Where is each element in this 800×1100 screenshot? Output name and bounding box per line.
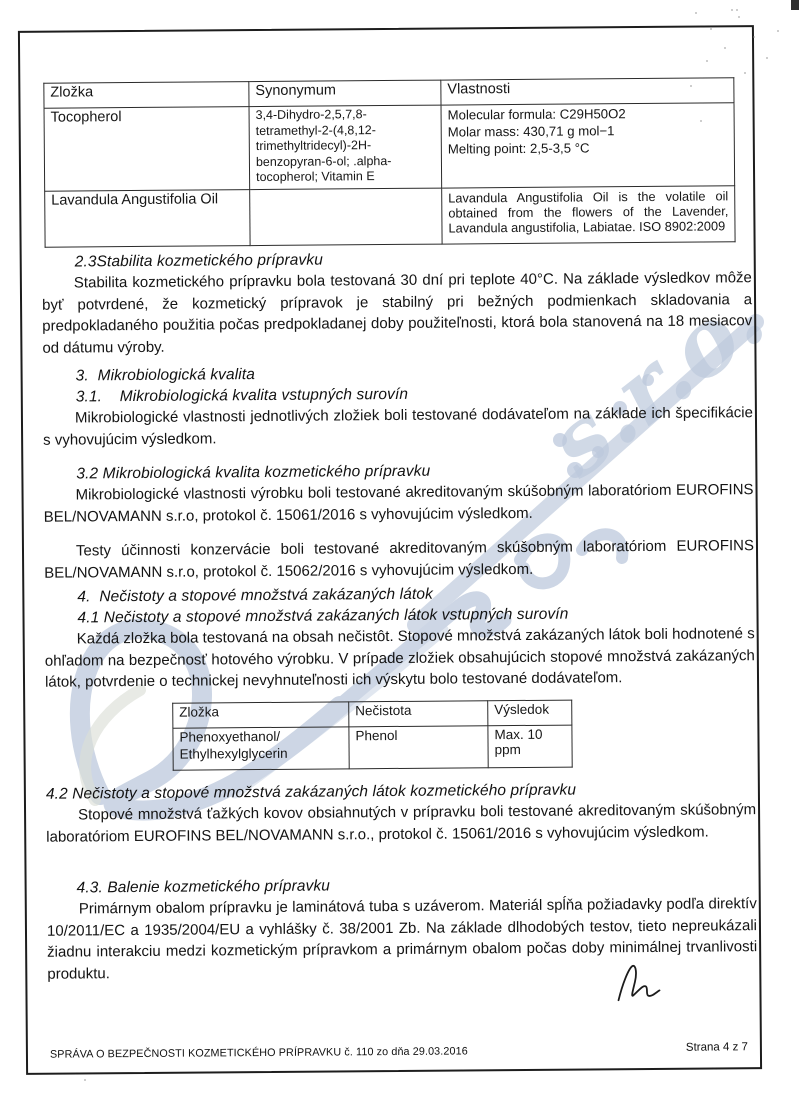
scan-speck (724, 47, 726, 49)
scan-speck (700, 120, 702, 122)
footer-page-number: Strana 4 z 7 (686, 1041, 748, 1053)
col-header-synonymum: Synonymum (249, 80, 441, 107)
scan-speck (690, 85, 692, 87)
cell-properties: Molecular formula: C29H50O2 Molar mass: … (441, 103, 735, 188)
section-3-1-heading: 3.1. Mikrobiologická kvalita vstupných s… (76, 384, 408, 408)
cell-ingredient-name: Phenoxyethanol/ Ethylhexylglycerin (173, 727, 349, 770)
table-row: Tocopherol 3,4-Dihydro-2,5,7,8- tetramet… (44, 103, 735, 191)
scan-speck (710, 28, 712, 30)
impurity-table: Zložka Nečistota Výsledok Phenoxyethanol… (172, 700, 573, 771)
scan-speck (753, 36, 755, 38)
cell-result: Max. 10 ppm (488, 725, 572, 768)
col-header-zlozka: Zložka (44, 82, 249, 109)
cell-ingredient-name: Lavandula Angustifolia Oil (45, 190, 250, 248)
scan-speck (731, 9, 733, 11)
page-border-frame: Zložka Synonymum Vlastnosti Tocopherol 3… (18, 25, 762, 1075)
scan-speck (84, 1079, 86, 1081)
section-4-2-paragraph: Stopové množstvá ťažkých kovov obsiahnut… (46, 799, 756, 848)
section-2-3-heading: 2.3Stabilita kozmetického prípravku (75, 250, 323, 273)
section-2-3-paragraph: Stabilita kozmetického prípravku bola te… (42, 267, 753, 359)
scanned-document-page: { "page": { "watermark_text": "s.r.o.", … (0, 0, 800, 1100)
scan-speck (706, 60, 708, 62)
section-3-heading: 3. Mikrobiologická kvalita (76, 364, 255, 386)
scan-speck (738, 16, 740, 18)
scan-speck (695, 12, 697, 14)
cell-synonym (250, 188, 442, 246)
footer-report-title: SPRÁVA O BEZPEČNOSTI KOZMETICKÉHO PRÍPRA… (50, 1045, 468, 1060)
section-4-3-heading: 4.3. Balenie kozmetického prípravku (77, 875, 331, 898)
section-3-1-paragraph: Mikrobiologické vlastnosti jednotlivých … (43, 402, 753, 451)
cell-synonym: 3,4-Dihydro-2,5,7,8- tetramethyl-2-(4,8,… (249, 105, 442, 189)
scan-speck (777, 30, 779, 32)
section-4-heading: 4. Nečistoty a stopové množstvá zakázaný… (77, 584, 433, 608)
col-header-vlastnosti: Vlastnosti (441, 78, 734, 105)
scan-speck (766, 57, 768, 59)
section-3-2-heading: 3.2 Mikrobiologická kvalita kozmetického… (76, 461, 430, 485)
col-header-vysledok: Výsledok (488, 700, 572, 726)
signature-mark (613, 962, 665, 1008)
section-3-2-paragraph-1: Mikrobiologické vlastnosti výrobku boli … (43, 479, 753, 528)
col-header-necistota: Nečistota (349, 701, 488, 727)
section-3-2-paragraph-2: Testy účinnosti konzervácie boli testova… (44, 535, 754, 584)
cell-impurity: Phenol (349, 726, 488, 769)
scan-speck (744, 72, 746, 74)
table-header-row: Zložka Nečistota Výsledok (173, 700, 572, 728)
scan-edge-mark (791, 0, 799, 10)
section-4-1-paragraph: Každá zložka bola testovaná na obsah neč… (45, 623, 755, 693)
col-header-zlozka: Zložka (173, 702, 349, 728)
table-row: Lavandula Angustifolia Oil Lavandula Ang… (45, 186, 735, 247)
cell-ingredient-name: Tocopherol (44, 107, 250, 192)
ingredient-properties-table: Zložka Synonymum Vlastnosti Tocopherol 3… (43, 77, 735, 247)
scan-speck (736, 9, 738, 11)
table-row: Phenoxyethanol/ Ethylhexylglycerin Pheno… (173, 725, 572, 770)
cell-properties: Lavandula Angustifolia Oil is the volati… (442, 186, 735, 244)
